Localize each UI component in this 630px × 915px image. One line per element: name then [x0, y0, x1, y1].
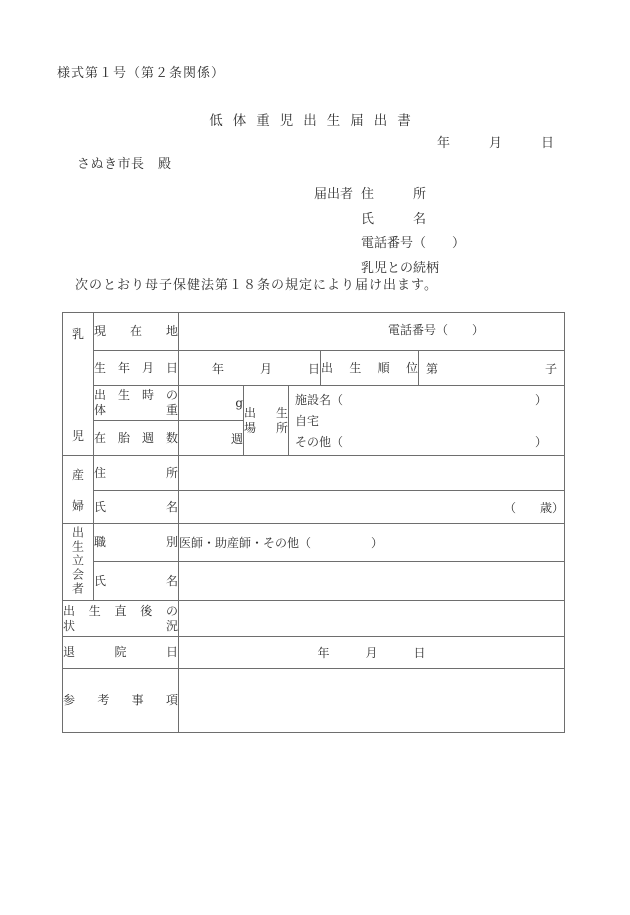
discharge-value-cell: 年 月 日: [179, 637, 565, 669]
infant-group-label: 乳 児: [63, 313, 94, 456]
weight-unit-cell: g: [179, 386, 244, 421]
mother-group-label: 産 婦: [63, 456, 94, 524]
mother-name-label: 氏 名: [94, 500, 178, 515]
infant-group-char-bottom: 児: [72, 427, 84, 444]
current-address-label-cell: 現 在 地: [94, 313, 179, 351]
birth-place-other-line: その他（ ）: [295, 433, 547, 450]
statement-text: 次のとおり母子保健法第１８条の規定により届け出ます。: [75, 274, 438, 293]
addressee: さぬき市長 殿: [77, 153, 172, 172]
mother-address-value-cell: [179, 456, 565, 491]
applicant-address-label: 住 所: [361, 183, 426, 208]
weight-label-line1: 出 生 時 の: [94, 388, 178, 403]
form-number: 様式第１号（第２条関係）: [57, 62, 225, 81]
birth-place-label-cell: 出 生 場 所: [244, 386, 289, 456]
facility-paren-close: ）: [535, 391, 547, 408]
discharge-label: 退 院 日: [63, 645, 178, 660]
attendant-group-text: 出生立会者: [70, 526, 87, 596]
birth-order-label-cell: 出 生 順 位: [321, 351, 419, 386]
occupation-value-cell: 医師・助産師・その他（ ）: [179, 524, 565, 562]
discharge-label-cell: 退 院 日: [63, 637, 179, 669]
gestation-label-cell: 在 胎 週 数: [94, 421, 179, 456]
weight-label-line2: 体 重: [94, 403, 178, 418]
mother-address-label-cell: 住 所: [94, 456, 179, 491]
condition-label-line2: 状 況: [63, 619, 178, 634]
home-label: 自宅: [295, 412, 319, 429]
attendant-name-label: 氏 名: [94, 574, 178, 589]
birth-place-label-line1: 出 生: [244, 406, 288, 421]
other-label: その他（: [295, 433, 343, 450]
birth-date-label: 生 年 月 日: [94, 361, 178, 376]
current-address-value-cell: 電話番号（ ）: [179, 313, 565, 351]
occupation-label-cell: 職 別: [94, 524, 179, 562]
birth-order-prefix: 第: [426, 360, 438, 377]
birth-order-suffix: 子: [545, 360, 557, 377]
applicant-block: 届出者 住 所 氏 名 電話番号（ ） 乳児との続柄: [314, 183, 465, 281]
mother-name-label-cell: 氏 名: [94, 491, 179, 524]
birth-date-label-cell: 生 年 月 日: [94, 351, 179, 386]
birth-place-options-cell: 施設名（ ） 自宅 その他（ ）: [289, 386, 565, 456]
condition-label-line1: 出 生 直 後 の: [63, 604, 178, 619]
mother-group-char-top: 産: [72, 466, 84, 483]
infant-group-char-top: 乳: [72, 325, 84, 342]
birth-place-home-line: 自宅: [295, 412, 547, 429]
attendant-group-label: 出生立会者: [63, 524, 94, 601]
gestation-unit-cell: 週: [179, 421, 244, 456]
current-address-phone-note: 電話番号（ ）: [179, 321, 564, 343]
attendant-name-value-cell: [179, 562, 565, 601]
form-title: 低体重児出生届出書: [0, 109, 630, 129]
current-address-label: 現 在 地: [94, 324, 178, 339]
birth-place-facility-line: 施設名（ ）: [295, 391, 547, 408]
applicant-label: 届出者: [314, 183, 353, 208]
applicant-name-label: 氏 名: [361, 208, 465, 233]
remarks-value-cell: [179, 669, 565, 733]
applicant-address-row: 届出者 住 所: [314, 183, 465, 208]
facility-label: 施設名（: [295, 391, 343, 408]
notification-table: 乳 児 現 在 地 電話番号（ ） 生 年 月 日 年 月 日 出 生 順 位: [62, 312, 565, 733]
mother-name-value-cell: （ 歳）: [179, 491, 565, 524]
birth-date-value-cell: 年 月 日: [179, 351, 321, 386]
condition-label-cell: 出 生 直 後 の 状 況: [63, 601, 179, 637]
mother-address-label: 住 所: [94, 466, 178, 481]
remarks-label: 参 考 事 項: [63, 693, 178, 708]
other-paren-close: ）: [535, 433, 547, 450]
birth-order-label: 出 生 順 位: [321, 361, 418, 376]
birth-place-label-line2: 場 所: [244, 421, 288, 436]
header-date-line: 年 月 日: [437, 132, 554, 151]
document-page: 様式第１号（第２条関係） 低体重児出生届出書 年 月 日 さぬき市長 殿 届出者…: [0, 0, 630, 915]
applicant-phone-label: 電話番号（ ）: [361, 232, 465, 257]
weight-label-cell: 出 生 時 の 体 重: [94, 386, 179, 421]
occupation-label: 職 別: [94, 535, 178, 550]
condition-value-cell: [179, 601, 565, 637]
birth-order-value-cell: 第 子: [419, 351, 565, 386]
remarks-label-cell: 参 考 事 項: [63, 669, 179, 733]
gestation-label: 在 胎 週 数: [94, 431, 178, 446]
mother-group-char-bottom: 婦: [72, 497, 84, 514]
attendant-name-label-cell: 氏 名: [94, 562, 179, 601]
